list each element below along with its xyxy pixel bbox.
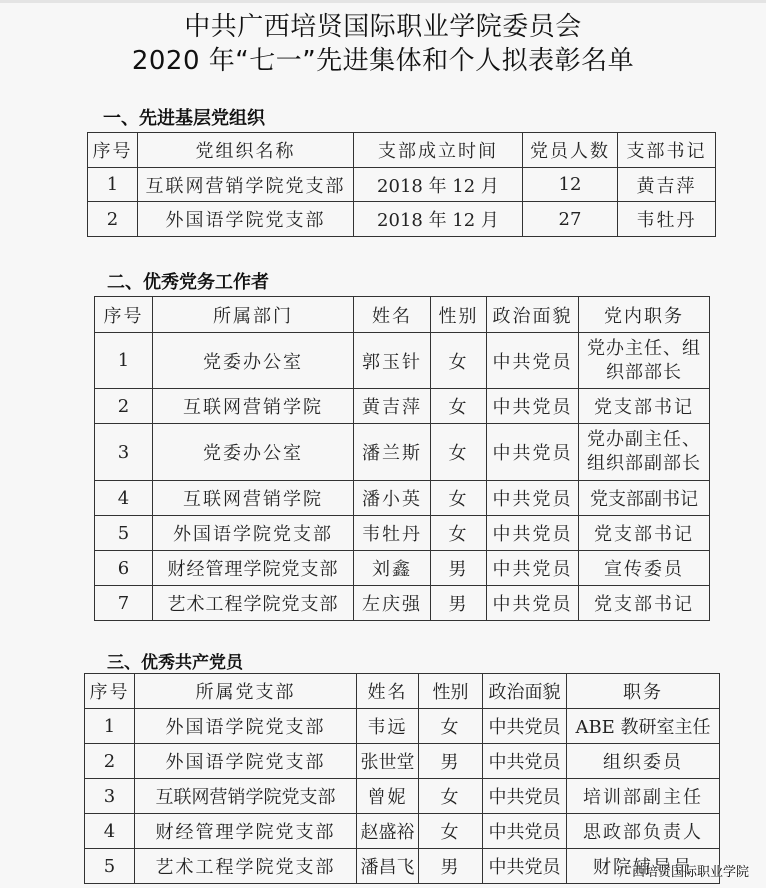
cell-gender: 男 xyxy=(419,744,483,779)
table-row: 3 互联网营销学院党支部 曾妮 女 中共党员 培训部副主任 xyxy=(85,779,720,814)
cell-name: 曾妮 xyxy=(357,779,419,814)
cell-department: 党委办公室 xyxy=(153,424,354,481)
header-cell: 党组织名称 xyxy=(138,133,354,168)
cell-secretary: 韦牡丹 xyxy=(618,202,716,237)
cell-org-name: 外国语学院党支部 xyxy=(138,202,354,237)
cell-gender: 女 xyxy=(419,779,483,814)
cell-index: 1 xyxy=(95,333,153,389)
cell-department: 财经管理学院党支部 xyxy=(153,551,354,586)
cell-gender: 女 xyxy=(431,481,487,516)
cell-name: 张世堂 xyxy=(357,744,419,779)
cell-gender: 女 xyxy=(419,814,483,849)
cell-branch: 外国语学院党支部 xyxy=(135,709,357,744)
table-row: 1 党委办公室 郭玉针 女 中共党员 党办主任、组织部部长 xyxy=(95,333,710,389)
cell-department: 艺术工程学院党支部 xyxy=(153,586,354,621)
table-row: 2 外国语学院党支部 2018 年 12 月 27 韦牡丹 xyxy=(88,202,716,237)
cell-political-status: 中共党员 xyxy=(487,481,579,516)
document-title-line2: 2020 年“七一”先进集体和个人拟表彰名单 xyxy=(0,40,766,77)
table-header-row: 序号 所属党支部 姓名 性别 政治面貌 职务 xyxy=(85,674,720,709)
cell-gender: 男 xyxy=(431,551,487,586)
table-row: 6 财经管理学院党支部 刘鑫 男 中共党员 宣传委员 xyxy=(95,551,710,586)
cell-secretary: 黄吉萍 xyxy=(618,168,716,202)
table-row: 4 互联网营销学院 潘小英 女 中共党员 党支部副书记 xyxy=(95,481,710,516)
table-row: 3 党委办公室 潘兰斯 女 中共党员 党办副主任、组织部副部长 xyxy=(95,424,710,481)
cell-political-status: 中共党员 xyxy=(487,516,579,551)
cell-name: 韦远 xyxy=(357,709,419,744)
cell-index: 1 xyxy=(85,709,135,744)
section2-table: 序号 所属部门 姓名 性别 政治面貌 党内职务 1 党委办公室 郭玉针 女 中共… xyxy=(94,296,710,621)
cell-party-position: 党办副主任、组织部副部长 xyxy=(579,424,710,481)
table-row: 7 艺术工程学院党支部 左庆强 男 中共党员 党支部书记 xyxy=(95,586,710,621)
cell-party-position: 宣传委员 xyxy=(579,551,710,586)
cell-party-position: 党支部副书记 xyxy=(579,481,710,516)
cell-founded-date: 2018 年 12 月 xyxy=(354,168,523,202)
section3-heading: 三、优秀共产党员 xyxy=(107,648,243,673)
cell-position: 思政部负责人 xyxy=(567,814,720,849)
cell-name: 韦牡丹 xyxy=(354,516,431,551)
cell-index: 3 xyxy=(85,779,135,814)
cell-party-position: 党支部书记 xyxy=(579,389,710,424)
watermark-text: 广西培贤国际职业学院 xyxy=(619,861,749,880)
header-cell: 职务 xyxy=(567,674,720,709)
cell-branch: 财经管理学院党支部 xyxy=(135,814,357,849)
cell-political-status: 中共党员 xyxy=(487,389,579,424)
header-cell: 政治面貌 xyxy=(483,674,567,709)
header-cell: 性别 xyxy=(431,297,487,333)
header-cell: 序号 xyxy=(85,674,135,709)
cell-political-status: 中共党员 xyxy=(487,586,579,621)
document-title-line1: 中共广西培贤国际职业学院委员会 xyxy=(0,6,766,43)
cell-name: 刘鑫 xyxy=(354,551,431,586)
cell-branch: 外国语学院党支部 xyxy=(135,744,357,779)
header-cell: 政治面貌 xyxy=(487,297,579,333)
cell-gender: 女 xyxy=(431,424,487,481)
cell-position: 培训部副主任 xyxy=(567,779,720,814)
cell-index: 7 xyxy=(95,586,153,621)
table-row: 4 财经管理学院党支部 赵盛裕 女 中共党员 思政部负责人 xyxy=(85,814,720,849)
table-row: 5 外国语学院党支部 韦牡丹 女 中共党员 党支部书记 xyxy=(95,516,710,551)
cell-member-count: 27 xyxy=(523,202,618,237)
header-cell: 所属部门 xyxy=(153,297,354,333)
header-cell: 姓名 xyxy=(357,674,419,709)
cell-index: 4 xyxy=(95,481,153,516)
cell-gender: 女 xyxy=(419,709,483,744)
table-header-row: 序号 所属部门 姓名 性别 政治面貌 党内职务 xyxy=(95,297,710,333)
cell-name: 黄吉萍 xyxy=(354,389,431,424)
cell-member-count: 12 xyxy=(523,168,618,202)
cell-department: 互联网营销学院 xyxy=(153,481,354,516)
cell-index: 2 xyxy=(95,389,153,424)
cell-founded-date: 2018 年 12 月 xyxy=(354,202,523,237)
cell-political-status: 中共党员 xyxy=(487,424,579,481)
cell-department: 外国语学院党支部 xyxy=(153,516,354,551)
cell-name: 潘兰斯 xyxy=(354,424,431,481)
cell-name: 郭玉针 xyxy=(354,333,431,389)
cell-index: 2 xyxy=(88,202,138,237)
cell-department: 互联网营销学院 xyxy=(153,389,354,424)
cell-index: 5 xyxy=(85,849,135,884)
cell-name: 潘小英 xyxy=(354,481,431,516)
table-header-row: 序号 党组织名称 支部成立时间 党员人数 支部书记 xyxy=(88,133,716,168)
header-cell: 序号 xyxy=(88,133,138,168)
cell-political-status: 中共党员 xyxy=(487,551,579,586)
cell-position: ABE 教研室主任 xyxy=(567,709,720,744)
header-cell: 支部书记 xyxy=(618,133,716,168)
cell-gender: 女 xyxy=(431,333,487,389)
cell-political-status: 中共党员 xyxy=(483,744,567,779)
section3-table: 序号 所属党支部 姓名 性别 政治面貌 职务 1 外国语学院党支部 韦远 女 中… xyxy=(84,673,720,884)
cell-org-name: 互联网营销学院党支部 xyxy=(138,168,354,202)
top-border-line xyxy=(0,0,766,3)
cell-political-status: 中共党员 xyxy=(483,709,567,744)
cell-index: 6 xyxy=(95,551,153,586)
header-cell: 所属党支部 xyxy=(135,674,357,709)
header-cell: 党内职务 xyxy=(579,297,710,333)
cell-political-status: 中共党员 xyxy=(487,333,579,389)
cell-index: 1 xyxy=(88,168,138,202)
cell-branch: 互联网营销学院党支部 xyxy=(135,779,357,814)
table-row: 1 外国语学院党支部 韦远 女 中共党员 ABE 教研室主任 xyxy=(85,709,720,744)
cell-party-position: 党支部书记 xyxy=(579,586,710,621)
header-cell: 支部成立时间 xyxy=(354,133,523,168)
cell-political-status: 中共党员 xyxy=(483,814,567,849)
cell-party-position: 党支部书记 xyxy=(579,516,710,551)
table-row: 1 互联网营销学院党支部 2018 年 12 月 12 黄吉萍 xyxy=(88,168,716,202)
cell-gender: 男 xyxy=(419,849,483,884)
cell-index: 5 xyxy=(95,516,153,551)
cell-index: 4 xyxy=(85,814,135,849)
cell-position: 组织委员 xyxy=(567,744,720,779)
cell-gender: 男 xyxy=(431,586,487,621)
cell-gender: 女 xyxy=(431,516,487,551)
cell-political-status: 中共党员 xyxy=(483,849,567,884)
cell-index: 2 xyxy=(85,744,135,779)
header-cell: 党员人数 xyxy=(523,133,618,168)
cell-political-status: 中共党员 xyxy=(483,779,567,814)
section2-heading: 二、优秀党务工作者 xyxy=(107,268,269,294)
cell-name: 赵盛裕 xyxy=(357,814,419,849)
section1-table: 序号 党组织名称 支部成立时间 党员人数 支部书记 1 互联网营销学院党支部 2… xyxy=(87,132,716,237)
header-cell: 序号 xyxy=(95,297,153,333)
table-row: 2 外国语学院党支部 张世堂 男 中共党员 组织委员 xyxy=(85,744,720,779)
cell-name: 左庆强 xyxy=(354,586,431,621)
cell-department: 党委办公室 xyxy=(153,333,354,389)
table-row: 2 互联网营销学院 黄吉萍 女 中共党员 党支部书记 xyxy=(95,389,710,424)
cell-gender: 女 xyxy=(431,389,487,424)
cell-party-position: 党办主任、组织部部长 xyxy=(579,333,710,389)
header-cell: 性别 xyxy=(419,674,483,709)
cell-name: 潘昌飞 xyxy=(357,849,419,884)
header-cell: 姓名 xyxy=(354,297,431,333)
section1-heading: 一、先进基层党组织 xyxy=(103,104,265,130)
cell-branch: 艺术工程学院党支部 xyxy=(135,849,357,884)
cell-index: 3 xyxy=(95,424,153,481)
